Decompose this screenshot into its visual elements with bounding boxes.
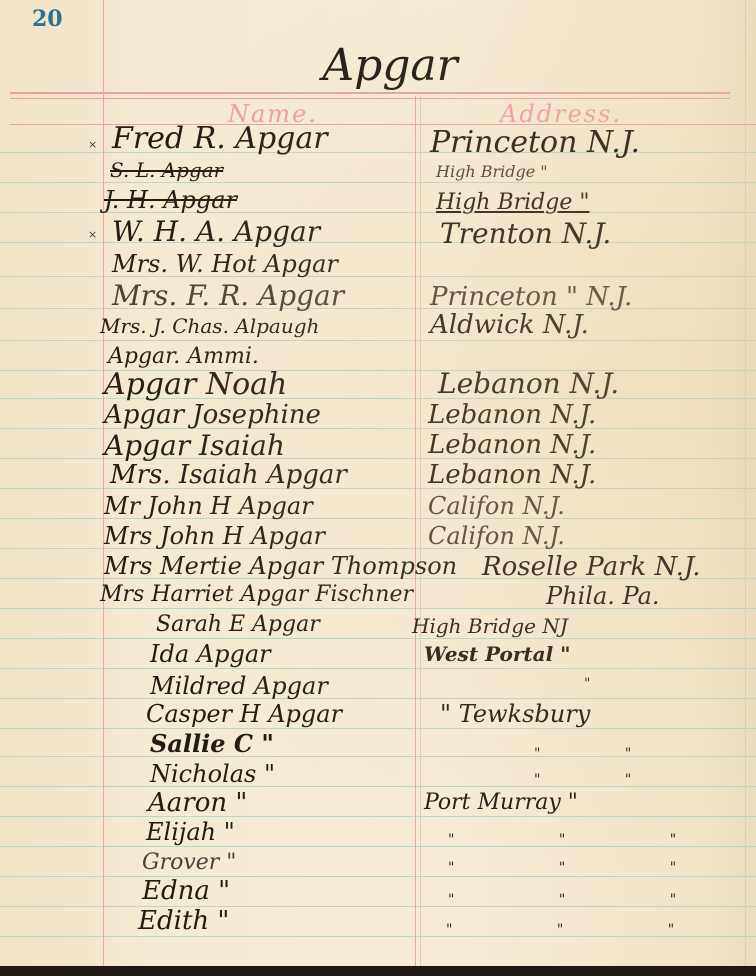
entry-address: Califon N.J.: [428, 494, 565, 518]
entry-address: " Tewksbury: [440, 702, 590, 726]
ruled-line: [0, 728, 756, 729]
book-binding-edge: [0, 966, 756, 976]
entry-name: Mrs. Isaiah Apgar: [110, 462, 347, 488]
entry-address: Roselle Park N.J.: [482, 554, 701, 580]
entry-name: Apgar Josephine: [104, 402, 321, 428]
ditto-mark: " " ": [446, 922, 724, 938]
entry-name: Mrs. F. R. Apgar: [112, 282, 344, 310]
entry-name: Mrs Mertie Apgar Thompson: [104, 554, 457, 578]
entry-name: Ida Apgar: [150, 642, 271, 666]
entry-name: Mrs Harriet Apgar Fischner: [100, 584, 413, 606]
column-divider-rule-2: [420, 96, 421, 966]
entry-address: Trenton N.J.: [440, 220, 611, 248]
entry-address: Phila. Pa.: [546, 584, 660, 608]
entry-name: Aaron ": [148, 790, 247, 816]
entry-address: Aldwick N.J.: [430, 312, 589, 338]
entry-name: Mr John H Apgar: [104, 494, 313, 518]
ditto-mark: " ": [534, 772, 671, 788]
address-column-header: Address.: [500, 100, 622, 128]
entry-address: Lebanon N.J.: [428, 432, 596, 458]
entry-name: Edith ": [138, 908, 229, 934]
ruled-line: [0, 816, 756, 817]
ditto-mark: " ": [534, 746, 671, 762]
ditto-mark: ": [584, 676, 590, 692]
entry-address: Califon N.J.: [428, 524, 565, 548]
entry-name: S. L. Apgar: [110, 160, 223, 180]
entry-name: Edna ": [142, 878, 230, 904]
entry-name: Mrs. J. Chas. Alpaugh: [100, 316, 319, 336]
entry-name: Apgar Noah: [104, 370, 287, 400]
entry-name: Apgar Isaiah: [104, 432, 285, 460]
entry-address: High Bridge ": [436, 192, 589, 214]
ruled-line: [0, 876, 756, 877]
check-mark: ×: [88, 228, 97, 241]
left-margin-rule: [103, 0, 104, 966]
entry-address: Lebanon N.J.: [428, 462, 596, 488]
entry-address: Princeton N.J.: [430, 128, 640, 158]
entry-name: Fred R. Apgar: [112, 124, 328, 154]
entry-name: Mrs. W. Hot Apgar: [112, 252, 338, 276]
entry-name: W. H. A. Apgar: [112, 218, 320, 246]
entry-address: Port Murray ": [424, 792, 578, 814]
ruled-line: [0, 182, 756, 183]
entry-name: Grover ": [142, 852, 236, 874]
entry-name: Mildred Apgar: [150, 674, 328, 698]
entry-name: Nicholas ": [150, 762, 275, 786]
entry-name: Sarah E Apgar: [156, 614, 320, 636]
check-mark: ×: [88, 138, 97, 151]
column-divider-rule: [415, 96, 416, 966]
ruled-line: [0, 668, 756, 669]
header-rule-top-inner: [10, 98, 730, 99]
surname-heading: Apgar: [275, 40, 505, 91]
page-number: 20: [32, 6, 63, 32]
ledger-page: 20 Apgar Name. Address. × Fred R. Apgar …: [0, 0, 756, 966]
entry-address: West Portal ": [424, 644, 571, 664]
entry-name: Sallie C ": [150, 732, 274, 756]
entry-name: Casper H Apgar: [146, 702, 342, 726]
entry-name: Mrs John H Apgar: [104, 524, 325, 548]
entry-address: Princeton " N.J.: [430, 284, 632, 310]
ditto-mark: " " ": [448, 832, 726, 848]
entry-address: Lebanon N.J.: [438, 370, 619, 398]
entry-address: Lebanon N.J.: [428, 402, 596, 428]
entry-address: High Bridge NJ: [412, 616, 568, 636]
ditto-mark: " " ": [448, 860, 726, 876]
entry-name: Elijah ": [146, 820, 235, 844]
entry-name: Apgar. Ammi.: [108, 346, 259, 368]
right-margin-rule: [745, 0, 746, 966]
ruled-line: [0, 638, 756, 639]
ruled-line: [0, 340, 756, 341]
entry-name: J. H. Apgar: [104, 188, 237, 212]
ditto-mark: " " ": [448, 892, 726, 908]
entry-address: High Bridge ": [436, 164, 548, 180]
ruled-line: [0, 698, 756, 699]
header-rule-top: [10, 92, 730, 94]
